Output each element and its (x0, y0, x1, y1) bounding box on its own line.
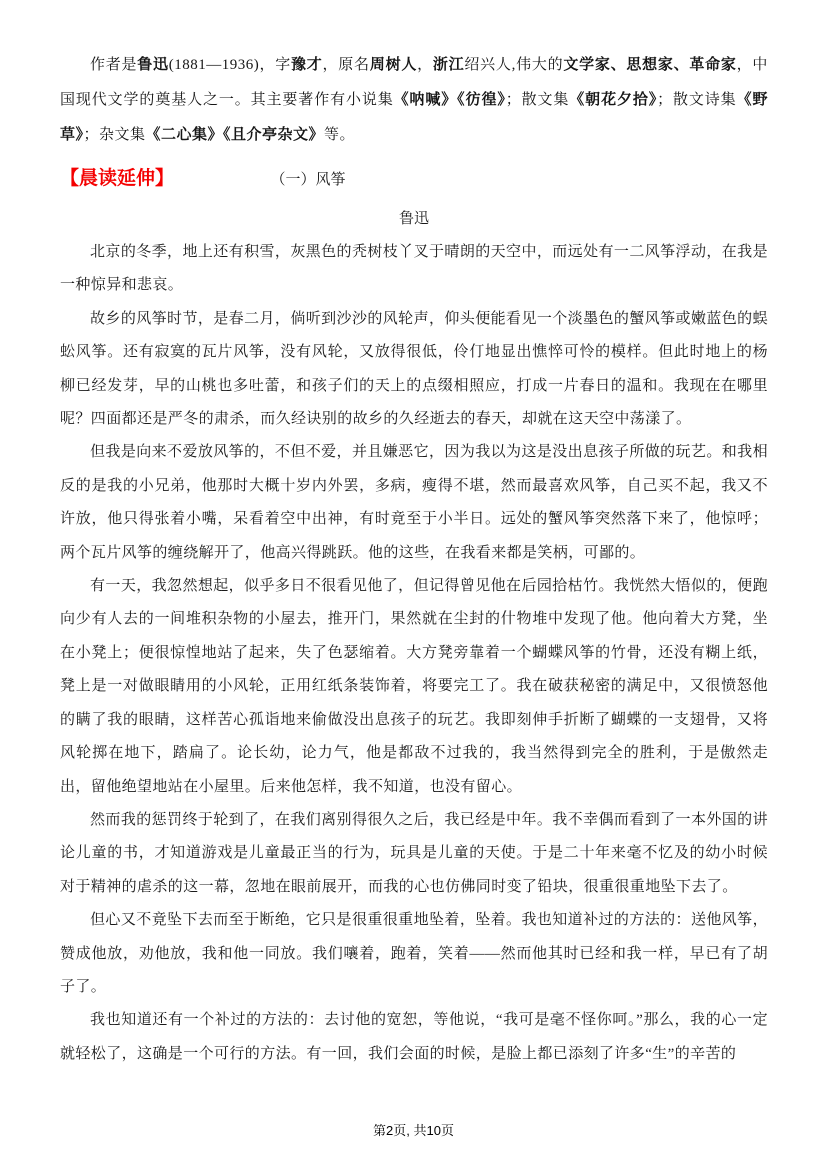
essay-author: 鲁迅 (60, 202, 768, 236)
essay-body: 北京的冬季，地上还有积雪，灰黑色的秃树枝丫叉于晴朗的天空中，而远处有一二风筝浮动… (60, 236, 768, 1071)
intro-bold-run: 浙江 (433, 57, 465, 73)
essay-paragraph: 然而我的惩罚终于轮到了，在我们离别得很久之后，我已经是中年。我不幸偶而看到了一本… (60, 804, 768, 904)
author-intro-paragraph: 作者是鲁迅(1881—1936)，字豫才，原名周树人，浙江绍兴人,伟大的文学家、… (60, 48, 768, 153)
intro-text-run: (1881—1936)，字 (169, 57, 291, 73)
intro-text-run: ；杂文集 (84, 127, 146, 143)
essay-paragraph: 故乡的风筝时节，是春二月，倘听到沙沙的风轮声，仰头便能看见一个淡墨色的蟹风筝或嫩… (60, 303, 768, 437)
intro-bold-run: 《朝花夕拾》 (569, 92, 657, 108)
intro-bold-run: 文学家、思想家、革命家 (563, 57, 736, 73)
intro-text-run: ， (417, 57, 433, 73)
intro-bold-run: 鲁迅 (137, 57, 169, 73)
essay-paragraph: 我也知道还有一个补过的方法的：去讨他的宽恕，等他说，“我可是毫不怪你呵。”那么，… (60, 1004, 768, 1071)
essay-title: （一）风筝 (278, 172, 346, 188)
intro-text-run: 绍兴人,伟大的 (464, 57, 563, 73)
intro-text-run: 等。 (324, 127, 355, 143)
intro-text-run: ；散文诗集 (657, 92, 736, 108)
intro-bold-run: 《二心集》《且介亭杂文》 (146, 127, 325, 143)
intro-bold-run: 豫才 (291, 57, 323, 73)
intro-text-run: 作者是 (90, 57, 137, 73)
document-page: 作者是鲁迅(1881—1936)，字豫才，原名周树人，浙江绍兴人,伟大的文学家、… (0, 0, 827, 1169)
intro-bold-run: 《呐喊》《彷徨》 (394, 92, 506, 108)
intro-text-run: ；散文集 (506, 92, 570, 108)
page-content: 作者是鲁迅(1881—1936)，字豫才，原名周树人，浙江绍兴人,伟大的文学家、… (0, 0, 827, 1071)
page-footer: 第2页, 共10页 (0, 1120, 827, 1139)
essay-paragraph: 但心又不竟坠下去而至于断绝，它只是很重很重地坠着，坠着。我也知道补过的方法的：送… (60, 904, 768, 1004)
intro-bold-run: 周树人 (370, 57, 417, 73)
page-indicator: 第2页, 共10页 (373, 1123, 454, 1138)
essay-paragraph: 北京的冬季，地上还有积雪，灰黑色的秃树枝丫叉于晴朗的天空中，而远处有一二风筝浮动… (60, 236, 768, 303)
essay-paragraph: 有一天，我忽然想起，似乎多日不很看见他了，但记得曾见他在后园拾枯竹。我恍然大悟似… (60, 570, 768, 804)
morning-reading-extension-label: 【晨读延伸】 (60, 168, 174, 189)
essay-paragraph: 但我是向来不爱放风筝的，不但不爱，并且嫌恶它，因为我以为这是没出息孩子所做的玩艺… (60, 436, 768, 570)
intro-text-run: ，原名 (323, 57, 370, 73)
section-heading-row: 【晨读延伸】（一）风筝 (60, 162, 768, 196)
